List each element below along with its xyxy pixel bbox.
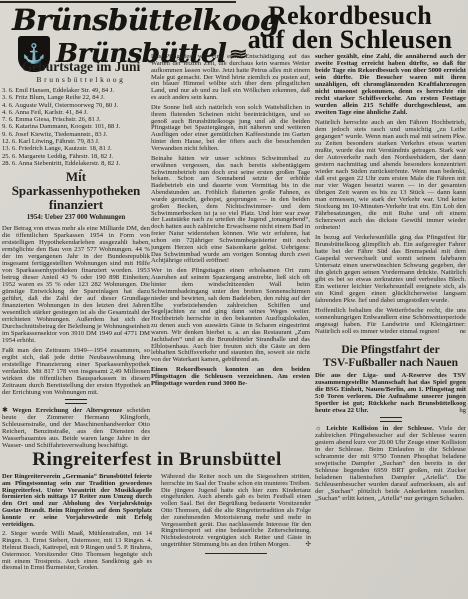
- tsv-title-line2: TSV-Fußballer nach Nauen: [323, 357, 458, 369]
- sparkassen-title-line2: finanziert: [49, 197, 103, 212]
- section-divider: [205, 553, 267, 554]
- list-item: 3. 6. Emil Hansen, Eddelaker Str. 49, 84…: [2, 87, 160, 94]
- birthdays-section: Geburtstage im Juni Brunsbüttelkoog 3. 6…: [2, 59, 160, 171]
- ringreiterfest-column-2: Während die Reiter noch um die Siegesehr…: [161, 474, 311, 575]
- list-item: 4. 6. Anna Feil, Karlstr. 41, 84 J.: [2, 109, 160, 116]
- list-item: 7. 6. Emma Giesa, Frischstr. 26, 81 J.: [2, 116, 160, 123]
- notice-text: scheiden heute der Zimmerer Hermann Klin…: [2, 407, 150, 449]
- section-divider: [360, 339, 422, 340]
- author-initials: hg: [459, 407, 466, 414]
- article-paragraph: 2. Sieger wurde Willi Maaß, Mühlenstraße…: [2, 531, 152, 572]
- article-paragraph: Hoffentlich behalten die Wetterfrösche r…: [315, 307, 466, 335]
- article-text: Hoffentlich behalten die Wetterfrösche r…: [315, 307, 466, 335]
- article-paragraph: Beinahe hätten wir unser schönes Schwimm…: [151, 156, 310, 266]
- article-paragraph: Während die Reiter noch um die Siegesehr…: [161, 474, 311, 549]
- headline-line2: auf den Schleusen: [232, 28, 468, 52]
- rekordbesuch-column-1: Das Pfingstfest war eine echte Entschädi…: [151, 54, 310, 448]
- author-initials: ne: [460, 328, 466, 335]
- sun-marker-icon: ☼: [315, 424, 321, 432]
- list-item: 28. 6. Anna Siebentritt, Eddelakerstr. 8…: [2, 160, 160, 167]
- list-item: 25. 6. Margarete Leddig, Fährstr. 18, 82…: [2, 153, 160, 160]
- tsv-article-title: Die Pfingstfahrt der TSV-Fußballer nach …: [315, 344, 466, 369]
- article-paragraph: Wer in den Pfingsttagen einen erholsamen…: [151, 268, 310, 364]
- birthdays-subtitle: Brunsbüttelkoog: [2, 75, 160, 84]
- list-item: 3. 6. Fritz Blum, Lange Reihe 22, 84 J.: [2, 94, 160, 101]
- tsv-text: Die aus der Liga- und A-Reserve des TSV …: [315, 372, 466, 414]
- kollision-paragraph: ☼ Leichte Kollision in der Schleuse. Vie…: [315, 425, 466, 502]
- ornament-icon: ✣: [306, 542, 311, 549]
- article-paragraph-bold: Der Ringreiterverein „Germania“ Brunsbüt…: [2, 474, 152, 528]
- notice-paragraph: ✱ Wegen Erreichung der Altersgrenze sche…: [2, 407, 150, 449]
- tsv-article-body: Die aus der Liga- und A-Reserve des TSV …: [315, 372, 466, 414]
- ringreiterfest-column-1: Der Ringreiterverein „Germania“ Brunsbüt…: [2, 474, 152, 575]
- sparkassen-title: Mit Sparkassenhypotheken finanziert: [2, 170, 150, 212]
- kollision-lead: Leichte Kollision in der Schleuse.: [326, 425, 434, 432]
- article-text: Während die Reiter noch um die Siegesehr…: [161, 473, 311, 548]
- article-paragraph-bold: sucher gezählt, eine Zahl, die annähernd…: [315, 53, 466, 116]
- list-item: 13. 6. Friedrich Lange, Kautzstr. 18, 81…: [2, 145, 160, 152]
- section-divider: [380, 417, 402, 422]
- list-item: 9. 6. Josef Kiewitz, Tiedemannstr., 83 J…: [2, 131, 160, 138]
- sparkassen-subtitle: 1954: Ueber 237 000 Wohnungen: [2, 214, 150, 221]
- article-paragraph: Die Sonne ließ sich natürlich von solch …: [151, 105, 310, 153]
- newspaper-page: Brünsbüttelkoog ⚓ Brünsbüttel ≋ Geburtst…: [0, 0, 468, 599]
- list-item: 9. 6. Katarina Dammann, Koogstr. 101, 88…: [2, 123, 160, 130]
- rekordbesuch-column-2: sucher gezählt, eine Zahl, die annähernd…: [315, 53, 466, 597]
- section-divider: [65, 399, 87, 404]
- article-paragraph-bold: Einen Rekordbesuch konnten an den beiden…: [151, 367, 310, 388]
- article-paragraph: Natürlich herrschte auch an den Fähren H…: [315, 119, 466, 231]
- ringreiterfest-article: Ringreiterfest in Brunsbüttel Der Ringre…: [2, 450, 312, 599]
- list-item: 12. 6. Karl Löwing, Fährstr. 79, 83 J.: [2, 138, 160, 145]
- note-marker-icon: ✱: [2, 406, 8, 414]
- sparkassen-article: Mit Sparkassenhypotheken finanziert 1954…: [2, 170, 150, 451]
- ringreiterfest-title: Ringreiterfest in Brunsbüttel: [2, 450, 312, 470]
- sparkassen-title-line1: Mit Sparkassenhypotheken: [12, 170, 141, 198]
- masthead-title-line1: Brünsbüttelkoog: [8, 5, 236, 35]
- notice-lead: Wegen Erreichung der Altersgrenze: [12, 407, 122, 414]
- ringreiterfest-columns: Der Ringreiterverein „Germania“ Brunsbüt…: [2, 474, 312, 575]
- list-item: 4. 6. Auguste Wulf, Ostermoorweg 70, 80 …: [2, 102, 160, 109]
- article-paragraph: In bezug auf Verkehrsunfälle ging das Pf…: [315, 234, 466, 304]
- tsv-title-line1: Die Pfingstfahrt der: [341, 344, 439, 356]
- rekordbesuch-headline: Rekordbesuch auf den Schleusen: [232, 4, 468, 52]
- birthdays-title: Geburtstage im Juni: [2, 59, 160, 74]
- birthdays-list: 3. 6. Emil Hansen, Eddelaker Str. 49, 84…: [2, 87, 160, 167]
- kollision-text: Viele der zahlreichen Pfingstbesucher au…: [315, 425, 466, 502]
- article-paragraph: Der Betrag von etwas mehr als eine Milli…: [2, 225, 150, 344]
- article-paragraph: Das Pfingstfest war eine echte Entschädi…: [151, 54, 310, 102]
- article-paragraph: Faßt man den Zeitraum 1949—1954 zusammen…: [2, 347, 150, 396]
